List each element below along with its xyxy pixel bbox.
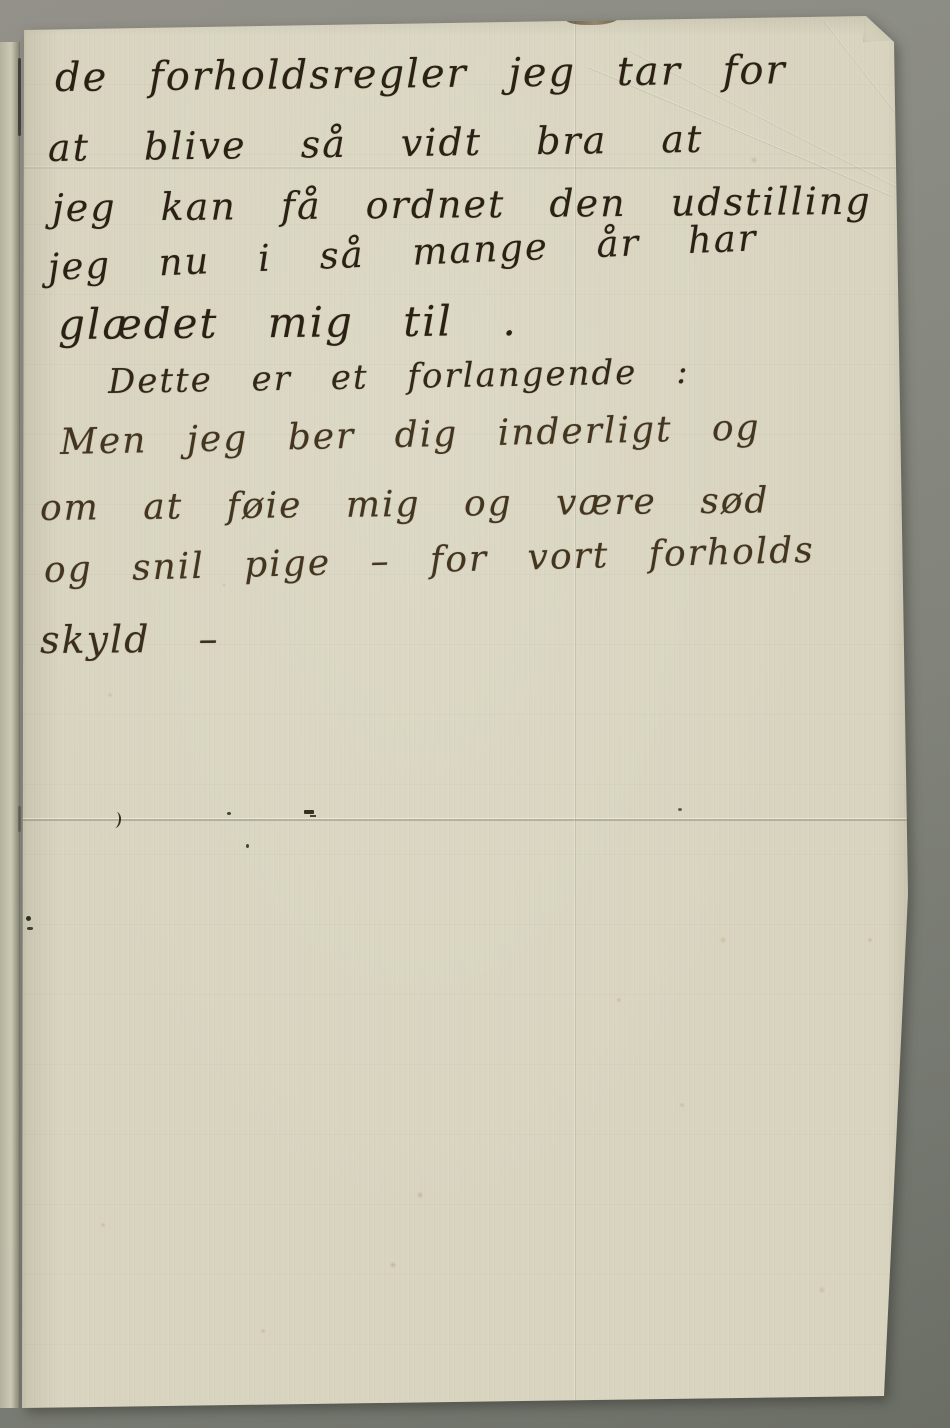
adjacent-page-edge: [0, 42, 20, 1408]
handwritten-line: glædet mig til .: [58, 296, 518, 349]
letter-page: de forholdsregler jeg tar for at blive s…: [18, 14, 912, 1414]
handwritten-line: de forholdsregler jeg tar for: [55, 47, 787, 101]
handwritten-line: om at føie mig og være sød: [40, 480, 770, 529]
manuscript-photo: de forholdsregler jeg tar for at blive s…: [0, 0, 950, 1428]
ink-speck: [227, 812, 231, 815]
ink-speck: [246, 844, 249, 848]
ink-speck: [678, 808, 682, 811]
handwritten-line: at blive så vidt bra at: [48, 117, 704, 170]
ink-speck: [26, 916, 31, 921]
ink-speck: [304, 810, 314, 814]
ink-smudge-top-edge: [368, 15, 382, 20]
fold-gutter-shadow: [18, 806, 21, 832]
horizontal-fold-crease: [18, 818, 912, 821]
fold-gutter-shadow: [18, 58, 21, 136]
handwritten-line: skyld –: [40, 617, 220, 662]
ink-speck: [310, 815, 316, 817]
ink-speck: [27, 927, 33, 930]
